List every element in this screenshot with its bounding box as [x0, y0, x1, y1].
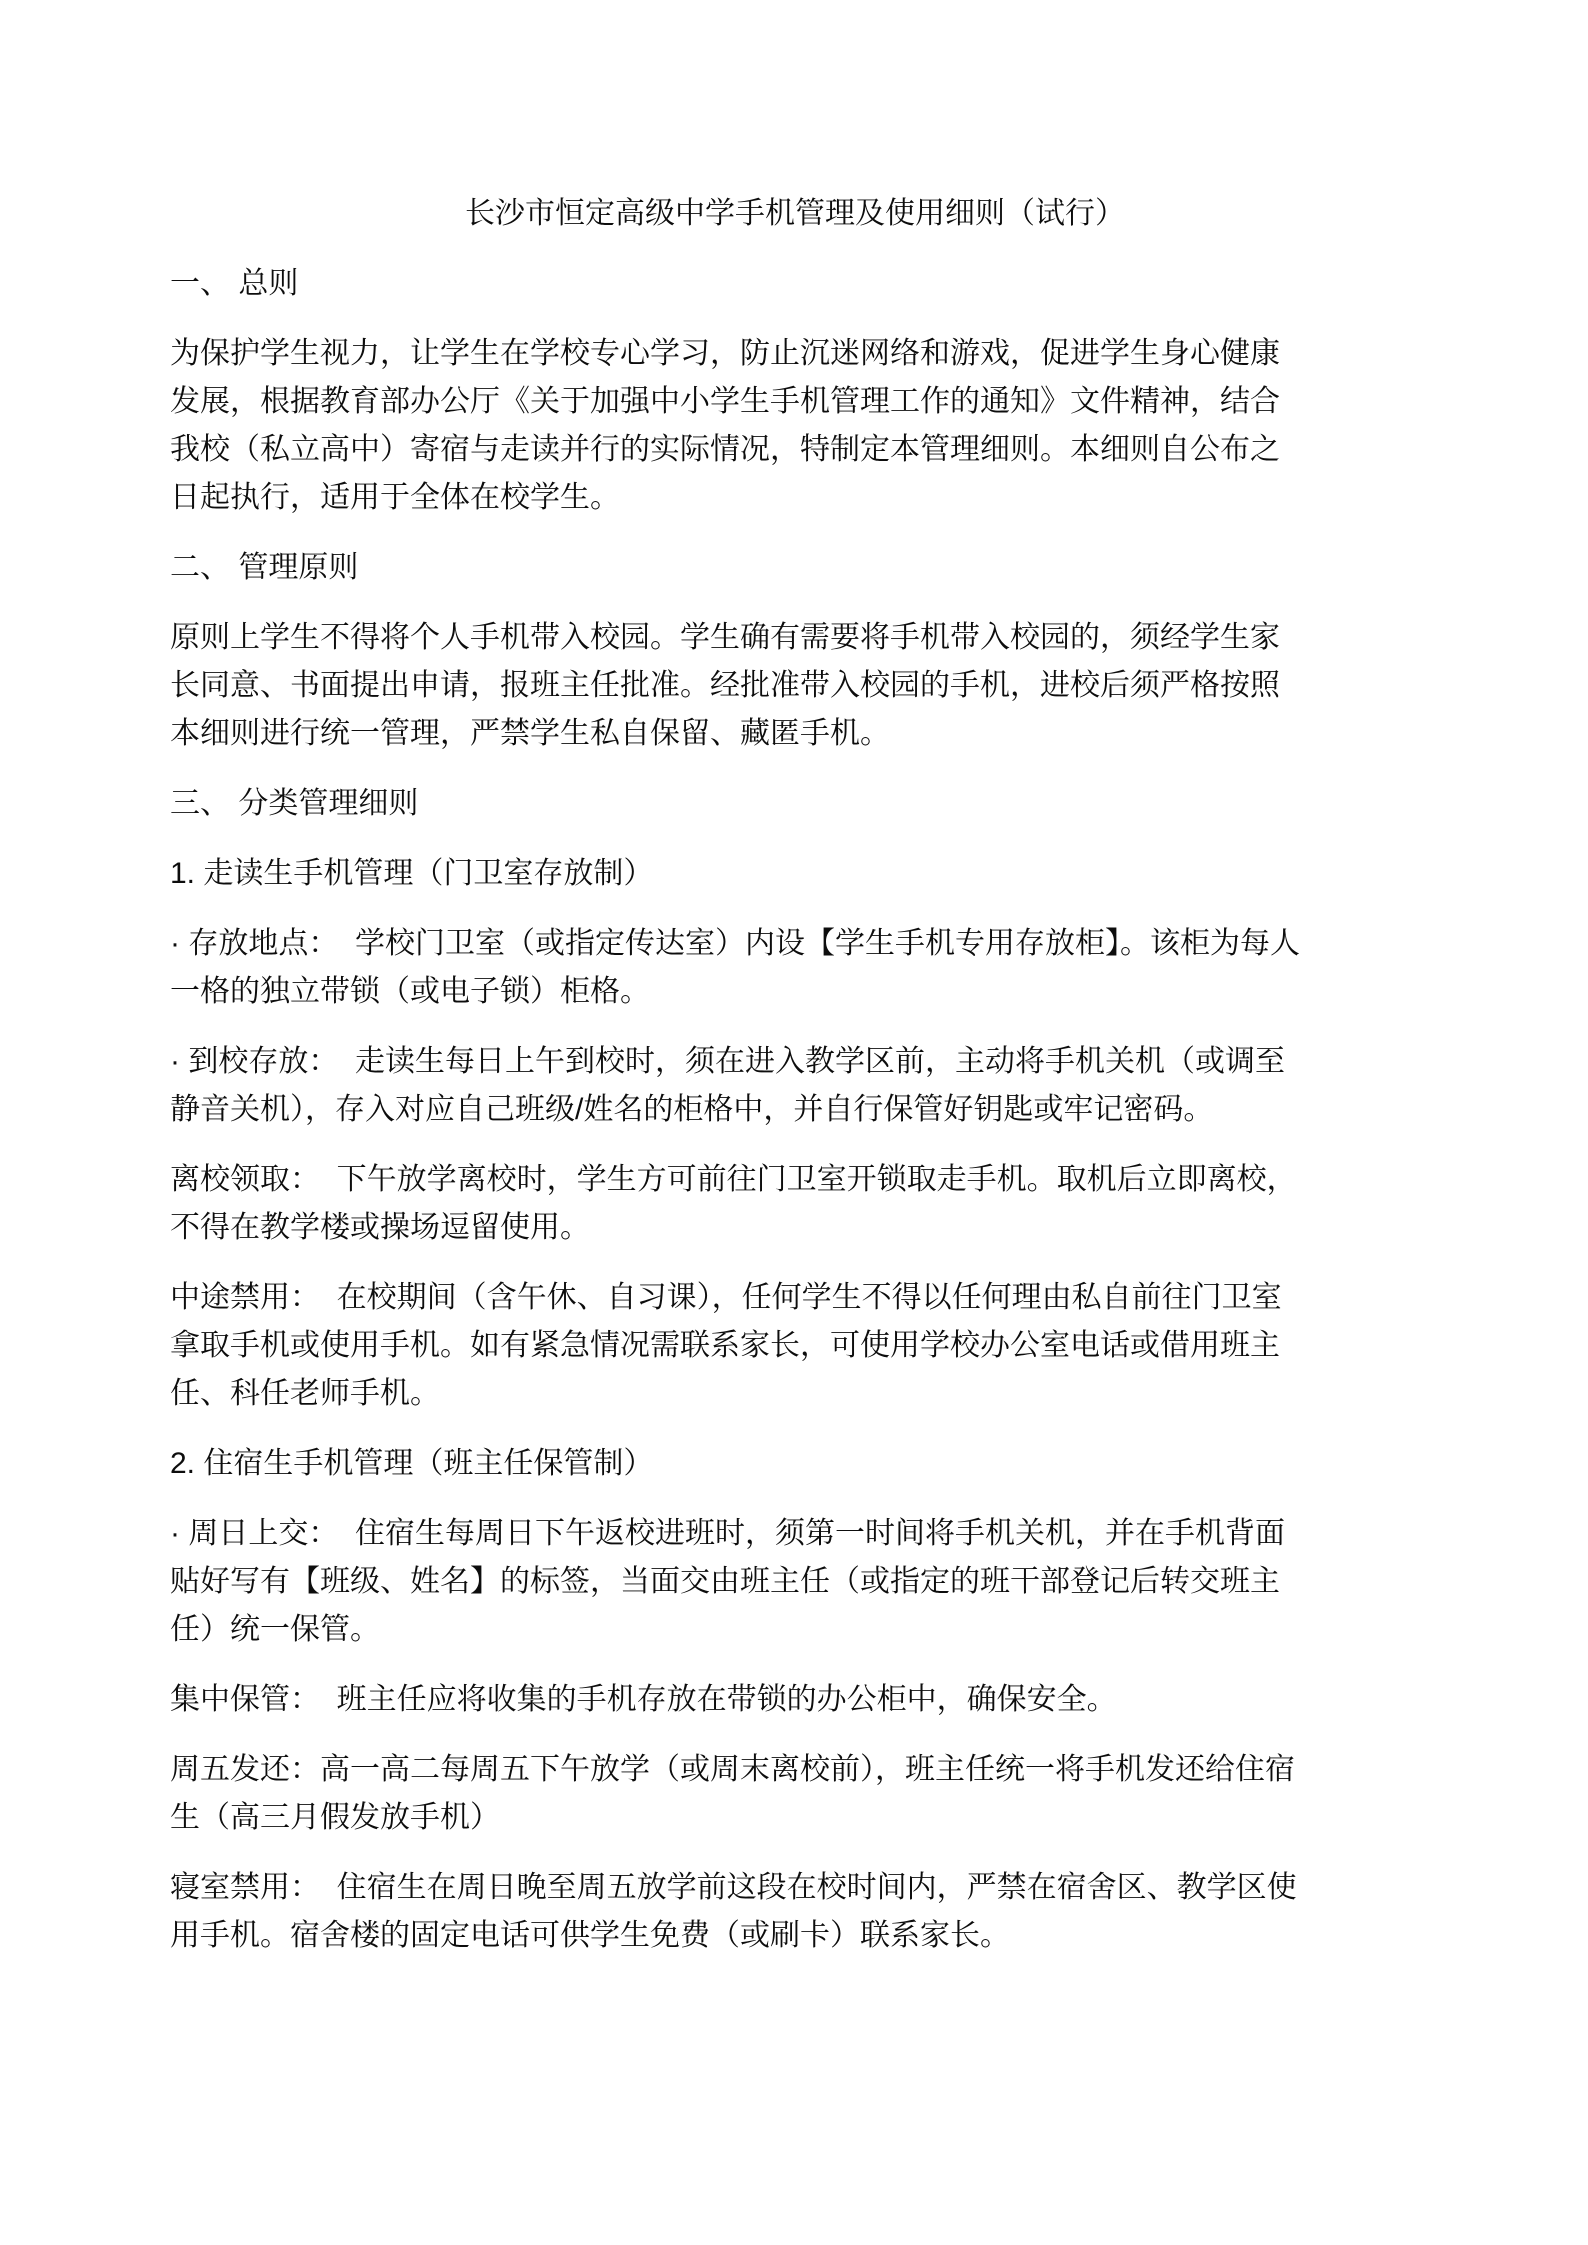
document-page: 长沙市恒定高级中学手机管理及使用细则（试行） 一、 总则 为保护学生视力，让学生… — [0, 0, 1588, 2245]
paragraph-general-principles: 为保护学生视力，让学生在学校专心学习，防止沉迷网络和游戏，促进学生身心健康 发展… — [170, 330, 1420, 522]
paragraph-leaving-pickup: 离校领取： 下午放学离校时，学生方可前往门卫室开锁取走手机。取机后立即离校， 不… — [170, 1156, 1420, 1252]
section-heading-classified-rules: 三、 分类管理细则 — [170, 780, 1420, 828]
bullet-storage-location: · 存放地点： 学校门卫室（或指定传达室）内设【学生手机专用存放柜】。该柜为每人… — [170, 920, 1420, 1016]
bullet-arrival-storage: · 到校存放： 走读生每日上午到校时，须在进入教学区前，主动将手机关机（或调至 … — [170, 1038, 1420, 1134]
doc-title: 长沙市恒定高级中学手机管理及使用细则（试行） — [170, 190, 1420, 238]
paragraph-midday-ban: 中途禁用： 在校期间（含午休、自习课），任何学生不得以任何理由私自前往门卫室 拿… — [170, 1274, 1420, 1418]
bullet-sunday-handin: · 周日上交： 住宿生每周日下午返校进班时，须第一时间将手机关机，并在手机背面 … — [170, 1510, 1420, 1654]
section-heading-management-principles: 二、 管理原则 — [170, 544, 1420, 592]
paragraph-friday-return: 周五发还：高一高二每周五下午放学（或周末离校前），班主任统一将手机发还给住宿 生… — [170, 1746, 1420, 1842]
subsection-heading-day-students: 1. 走读生手机管理（门卫室存放制） — [170, 850, 1420, 898]
paragraph-management-principles: 原则上学生不得将个人手机带入校园。学生确有需要将手机带入校园的，须经学生家 长同… — [170, 614, 1420, 758]
subsection-heading-boarding-students: 2. 住宿生手机管理（班主任保管制） — [170, 1440, 1420, 1488]
paragraph-central-safekeeping: 集中保管： 班主任应将收集的手机存放在带锁的办公柜中，确保安全。 — [170, 1676, 1420, 1724]
section-heading-general: 一、 总则 — [170, 260, 1420, 308]
paragraph-dorm-ban: 寝室禁用： 住宿生在周日晚至周五放学前这段在校时间内，严禁在宿舍区、教学区使 用… — [170, 1864, 1420, 1960]
